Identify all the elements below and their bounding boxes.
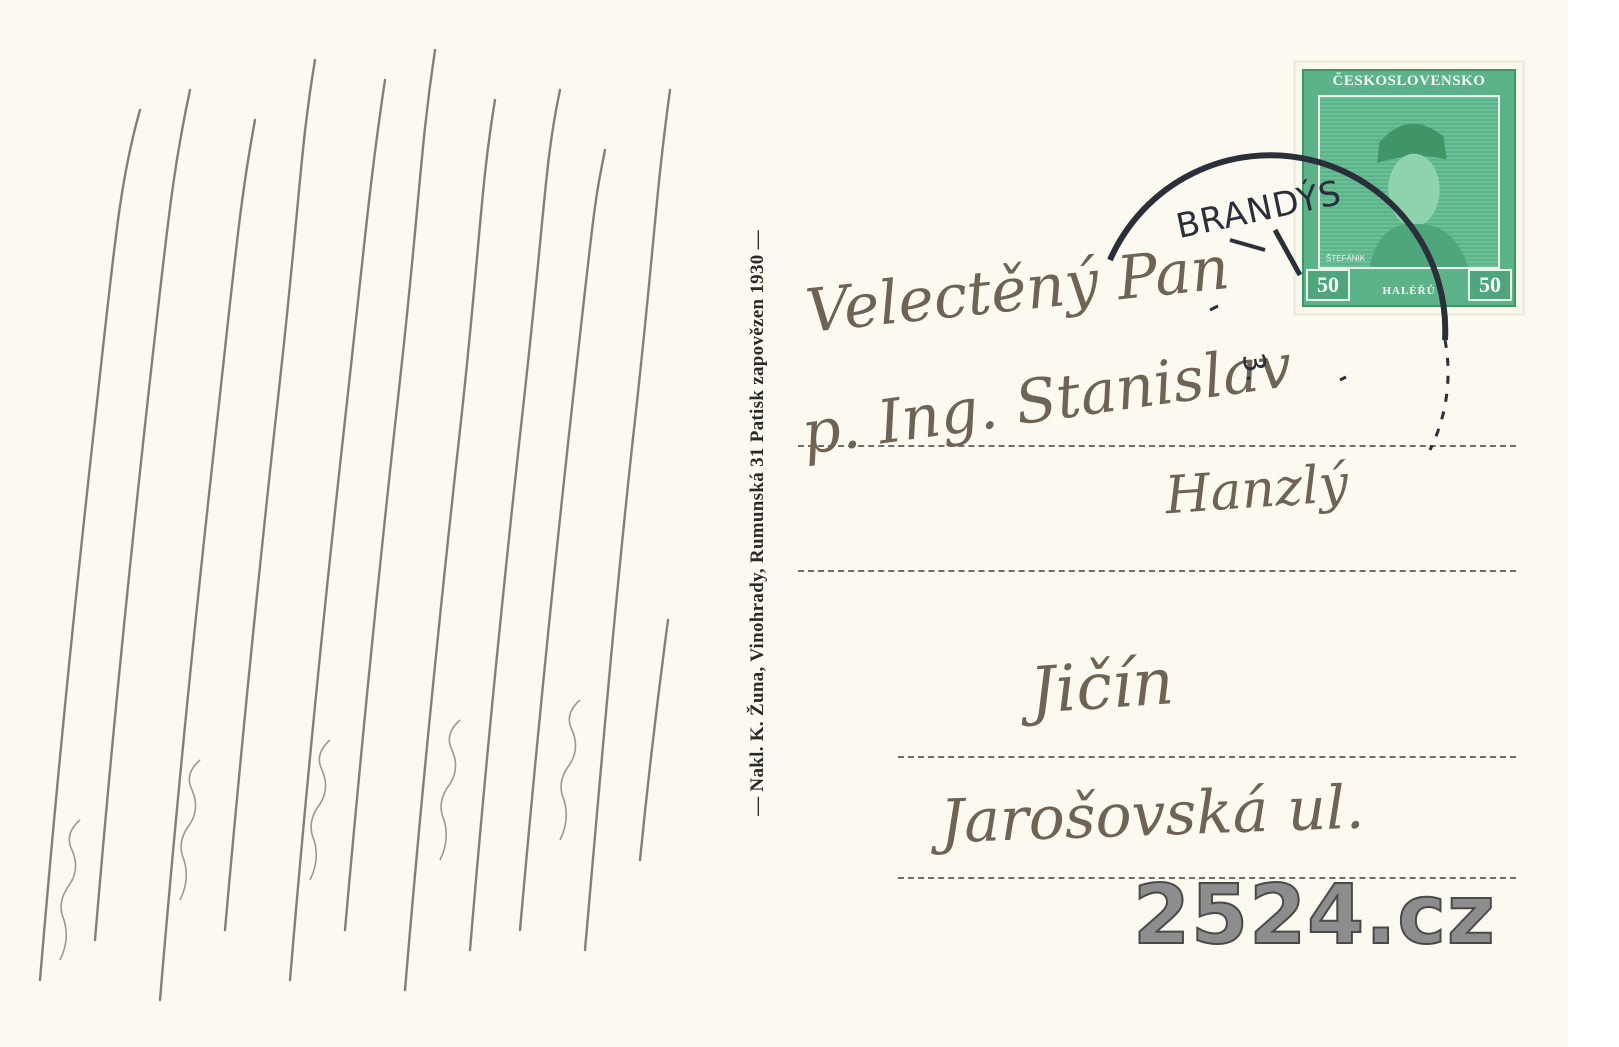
address-name: p. Ing. Stanislav (798, 331, 1297, 469)
postcard: — Nakl. K. Žuna, Vinohrady, Rumunská 31 … (0, 0, 1568, 1047)
address-street: Jarošovská ul. (939, 773, 1366, 858)
site-watermark: 2524.cz (1133, 868, 1496, 963)
stamp-value-right: 50 (1468, 269, 1512, 301)
address-salutation: Velectěný Pan (803, 233, 1233, 347)
stamp-country: ČESKOSLOVENSKO (1304, 73, 1514, 90)
address-city: Jičín (1028, 645, 1176, 729)
postmark-date: 3. (1235, 350, 1274, 384)
publisher-imprint: — Nakl. K. Žuna, Vinohrady, Rumunská 31 … (747, 230, 769, 816)
address-line3: Hanzlý (1163, 454, 1350, 527)
stamp-portrait-name: ŠTEFÁNIK (1326, 254, 1365, 263)
address-line-2 (798, 570, 1516, 572)
image-margin (1568, 0, 1619, 1047)
cursive-strokes (0, 0, 700, 1047)
handwritten-message (0, 0, 700, 1047)
address-line-3 (898, 756, 1516, 758)
stamp-portrait-icon (1318, 95, 1500, 269)
